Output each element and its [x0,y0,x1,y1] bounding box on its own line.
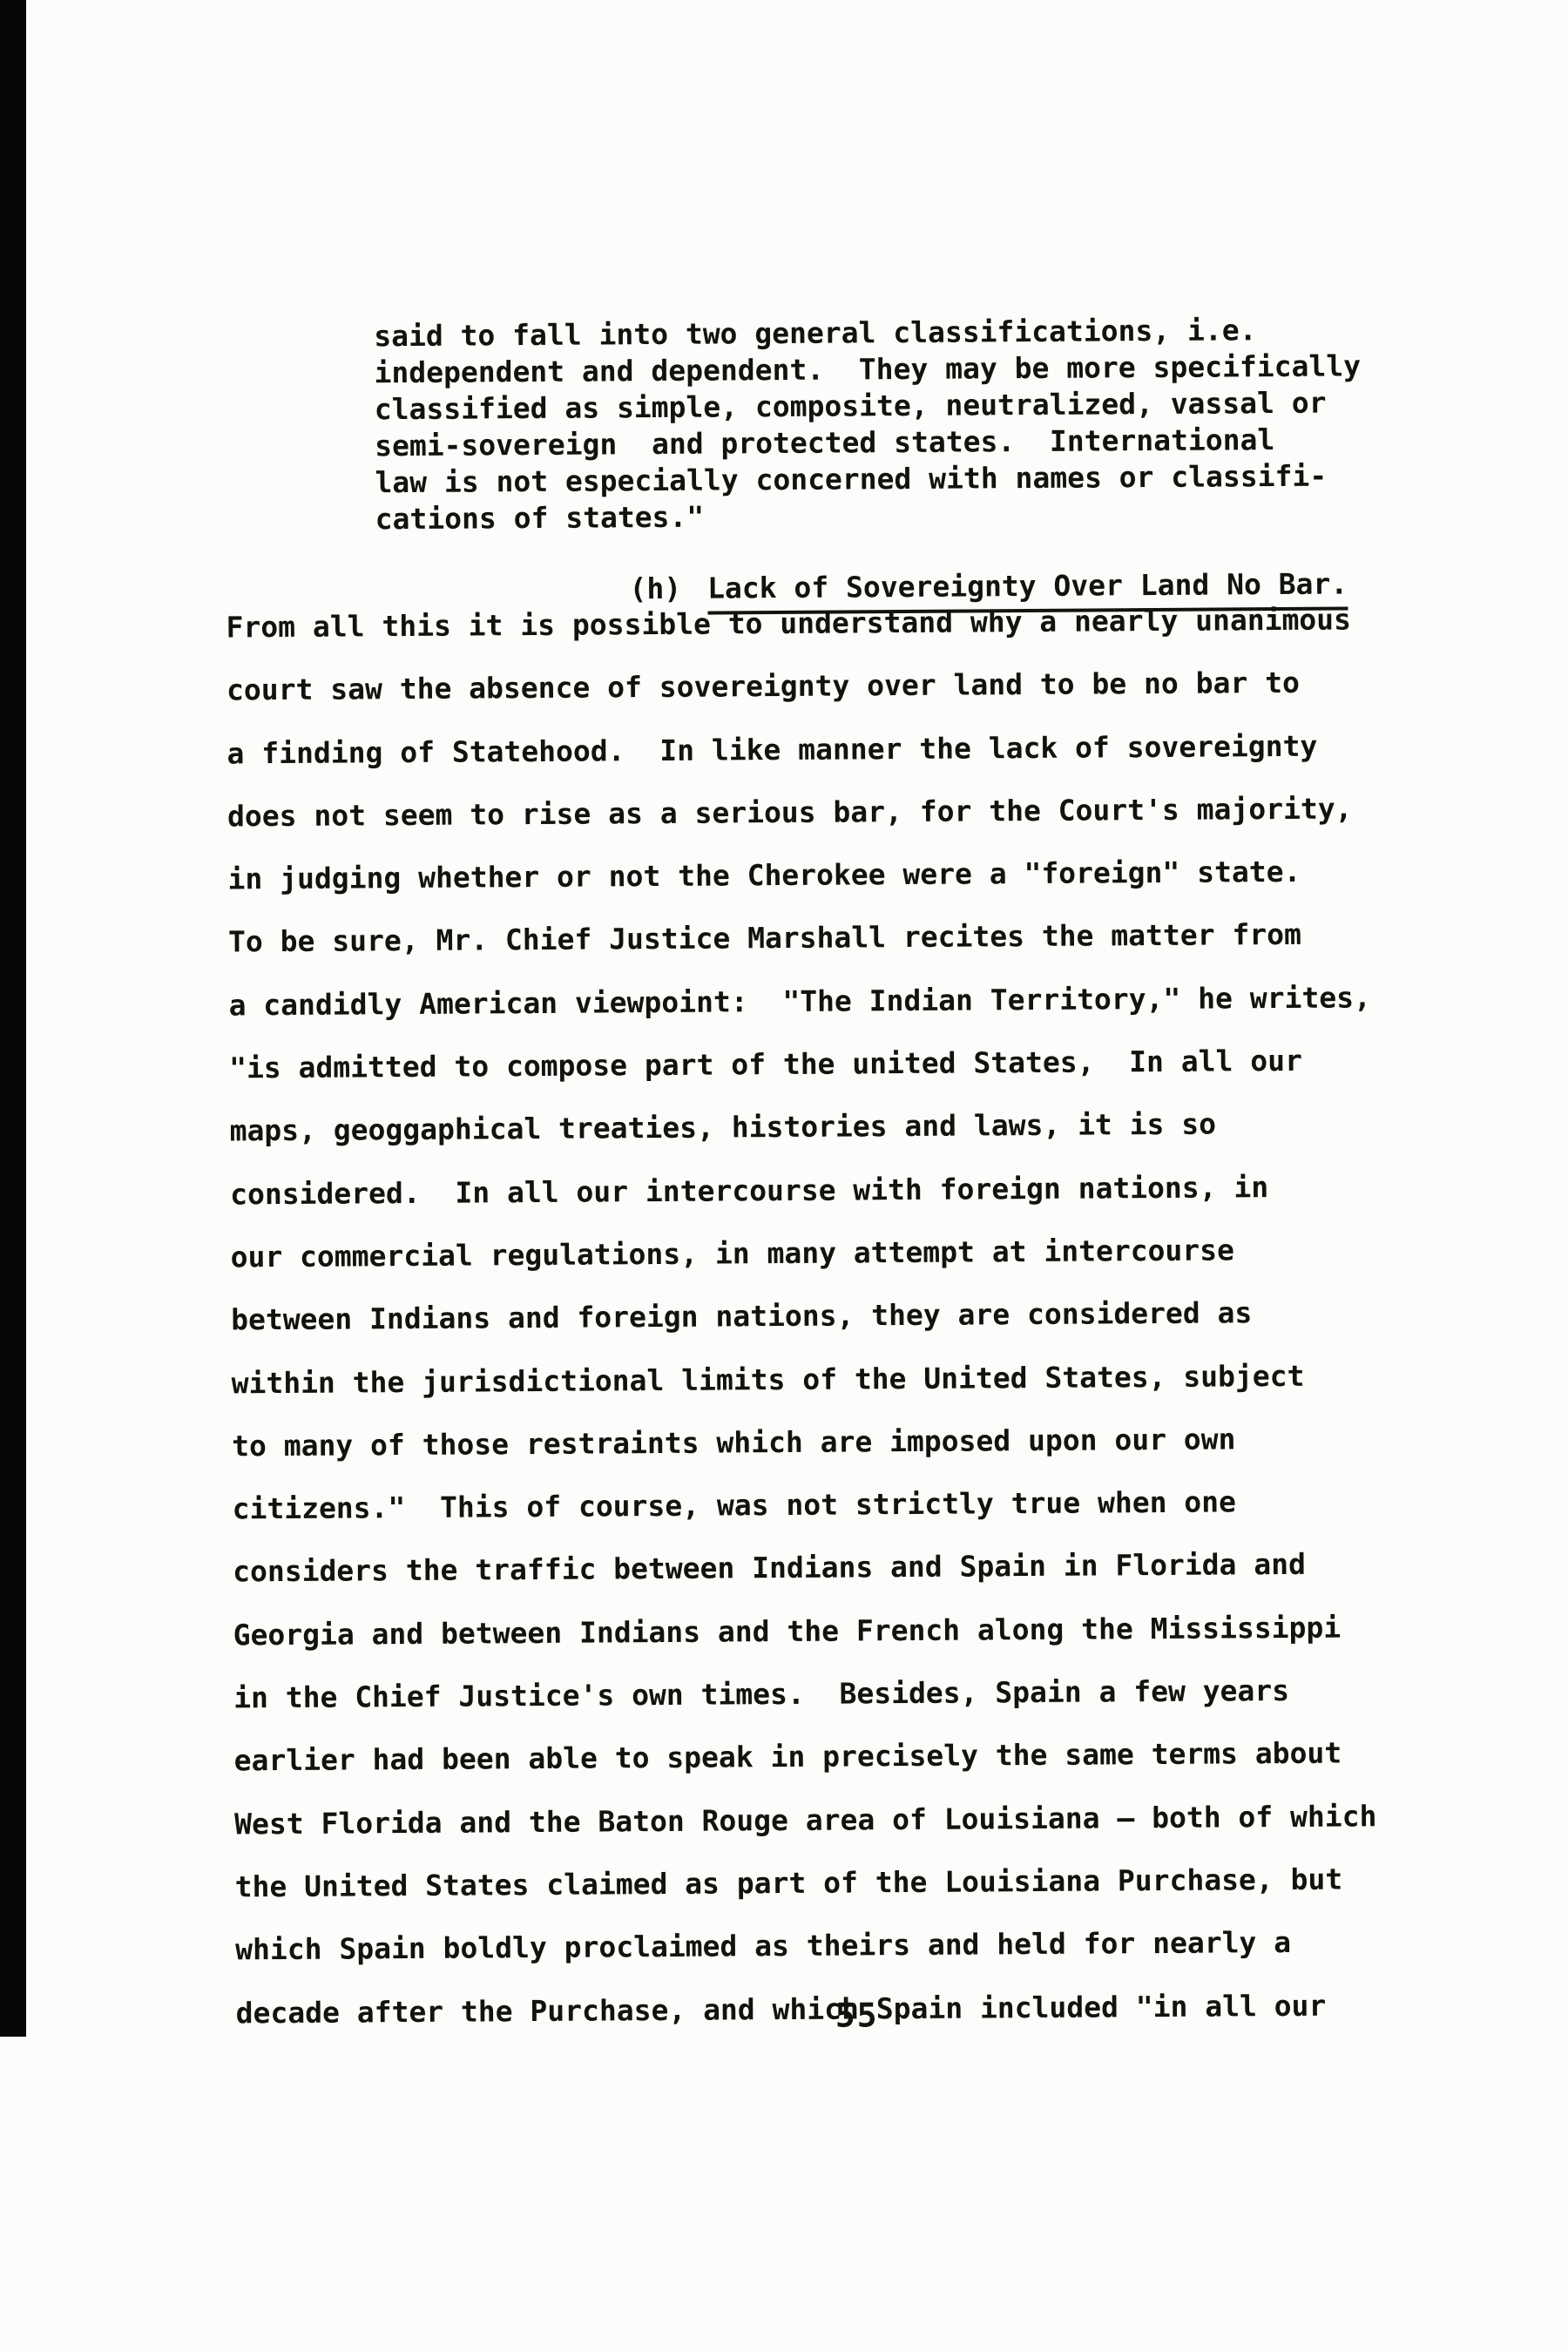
text-line: West Florida and the Baton Rouge area of… [234,1785,1377,1855]
text-line: between Indians and foreign nations, the… [231,1281,1374,1352]
text-line: citizens." This of course, was not stric… [232,1470,1375,1540]
text-line: to many of those restraints which are im… [232,1407,1375,1477]
document-page: said to fall into two general classifica… [0,0,1568,2352]
body-paragraph: From all this it is possible to understa… [226,588,1378,2044]
text-line: considers the traffic between Indians an… [233,1533,1375,1604]
text-line: court saw the absence of sovereignty ove… [226,652,1369,722]
text-line: From all this it is possible to understa… [226,588,1369,659]
text-line: a finding of Statehood. In like manner t… [226,714,1369,785]
text-line: earlier had been able to speak in precis… [233,1722,1376,1793]
text-line: within the jurisdictional limits of the … [231,1344,1374,1415]
page-content: said to fall into two general classifica… [0,0,1568,2352]
text-line: maps, geoggaphical treaties, histories a… [229,1092,1372,1163]
text-line: our commercial regulations, in many atte… [230,1218,1373,1288]
text-line: law is not especially concerned with nam… [375,457,1362,501]
text-line: does not seem to rise as a serious bar, … [227,777,1370,848]
text-line: considered. In all our intercourse with … [230,1155,1373,1226]
text-line: in the Chief Justice's own times. Beside… [233,1659,1376,1729]
text-line: decade after the Purchase, and which Spa… [235,1974,1378,2044]
text-line: Georgia and between Indians and the Fren… [233,1596,1375,1666]
text-line: cations of states." [375,494,1362,537]
text-line: which Spain boldly proclaimed as theirs … [235,1910,1378,1981]
text-line: in judging whether or not the Cherokee w… [227,840,1370,910]
text-line: the United States claimed as part of the… [234,1848,1377,1918]
text-line: a candidly American viewpoint: "The Indi… [228,966,1371,1037]
text-line: "is admitted to compose part of the unit… [229,1029,1372,1099]
text-line: To be sure, Mr. Chief Justice Marshall r… [228,903,1371,974]
block-quote: said to fall into two general classifica… [374,311,1362,537]
page-number: 55 [835,1996,879,2034]
